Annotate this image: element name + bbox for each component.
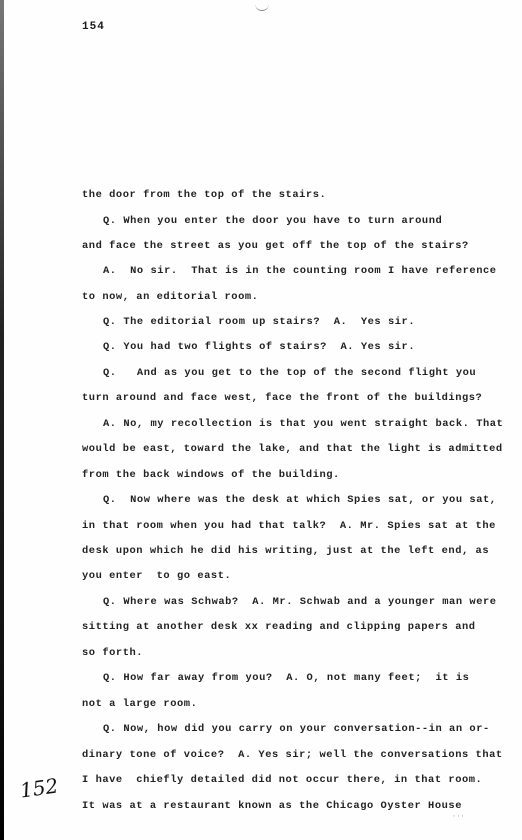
punch-mark <box>255 0 269 11</box>
transcript-line: Q. The editorial room up stairs? A. Yes … <box>103 316 415 328</box>
transcript-line: and face the street as you get off the t… <box>82 240 469 252</box>
transcript-line: A. No, my recollection is that you went … <box>103 418 503 430</box>
transcript-line: not a large room. <box>82 698 197 710</box>
transcript-line: in that room when you had that talk? A. … <box>82 520 496 532</box>
transcript-line: Q. When you enter the door you have to t… <box>103 215 442 227</box>
scan-edge <box>0 0 4 840</box>
transcript-line: I have chiefly detailed did not occur th… <box>82 774 482 786</box>
transcript-line: turn around and face west, face the fron… <box>82 392 482 404</box>
transcript-line: Q. How far away from you? A. O, not many… <box>103 672 469 684</box>
transcript-line: Q. Now where was the desk at which Spies… <box>103 494 497 506</box>
transcript-line: Q. Where was Schwab? A. Mr. Schwab and a… <box>103 596 497 608</box>
transcript-line: the door from the top of the stairs. <box>82 189 326 201</box>
transcript-line: from the back windows of the building. <box>82 469 340 481</box>
transcript-line: desk upon which he did his writing, just… <box>82 545 489 557</box>
transcript-line: Q. Now, how did you carry on your conver… <box>103 723 490 735</box>
transcript-line: dinary tone of voice? A. Yes sir; well t… <box>82 749 503 761</box>
transcript-line: would be east, toward the lake, and that… <box>82 443 503 455</box>
transcript-line: Q. And as you get to the top of the seco… <box>103 367 476 379</box>
transcript-line: It was at a restaurant known as the Chic… <box>82 800 462 812</box>
handwritten-margin-note: 152 <box>19 773 60 802</box>
ink-smudge: ··· <box>452 813 465 821</box>
transcript-line: you enter to go east. <box>82 570 231 582</box>
transcript-line: A. No sir. That is in the counting room … <box>103 265 497 277</box>
transcript-line: Q. You had two flights of stairs? A. Yes… <box>103 341 415 353</box>
transcript-line: sitting at another desk xx reading and c… <box>82 621 476 633</box>
transcript-line: to now, an editorial room. <box>82 291 258 303</box>
transcript-line: so forth. <box>82 647 143 659</box>
page-number: 154 <box>82 21 105 33</box>
